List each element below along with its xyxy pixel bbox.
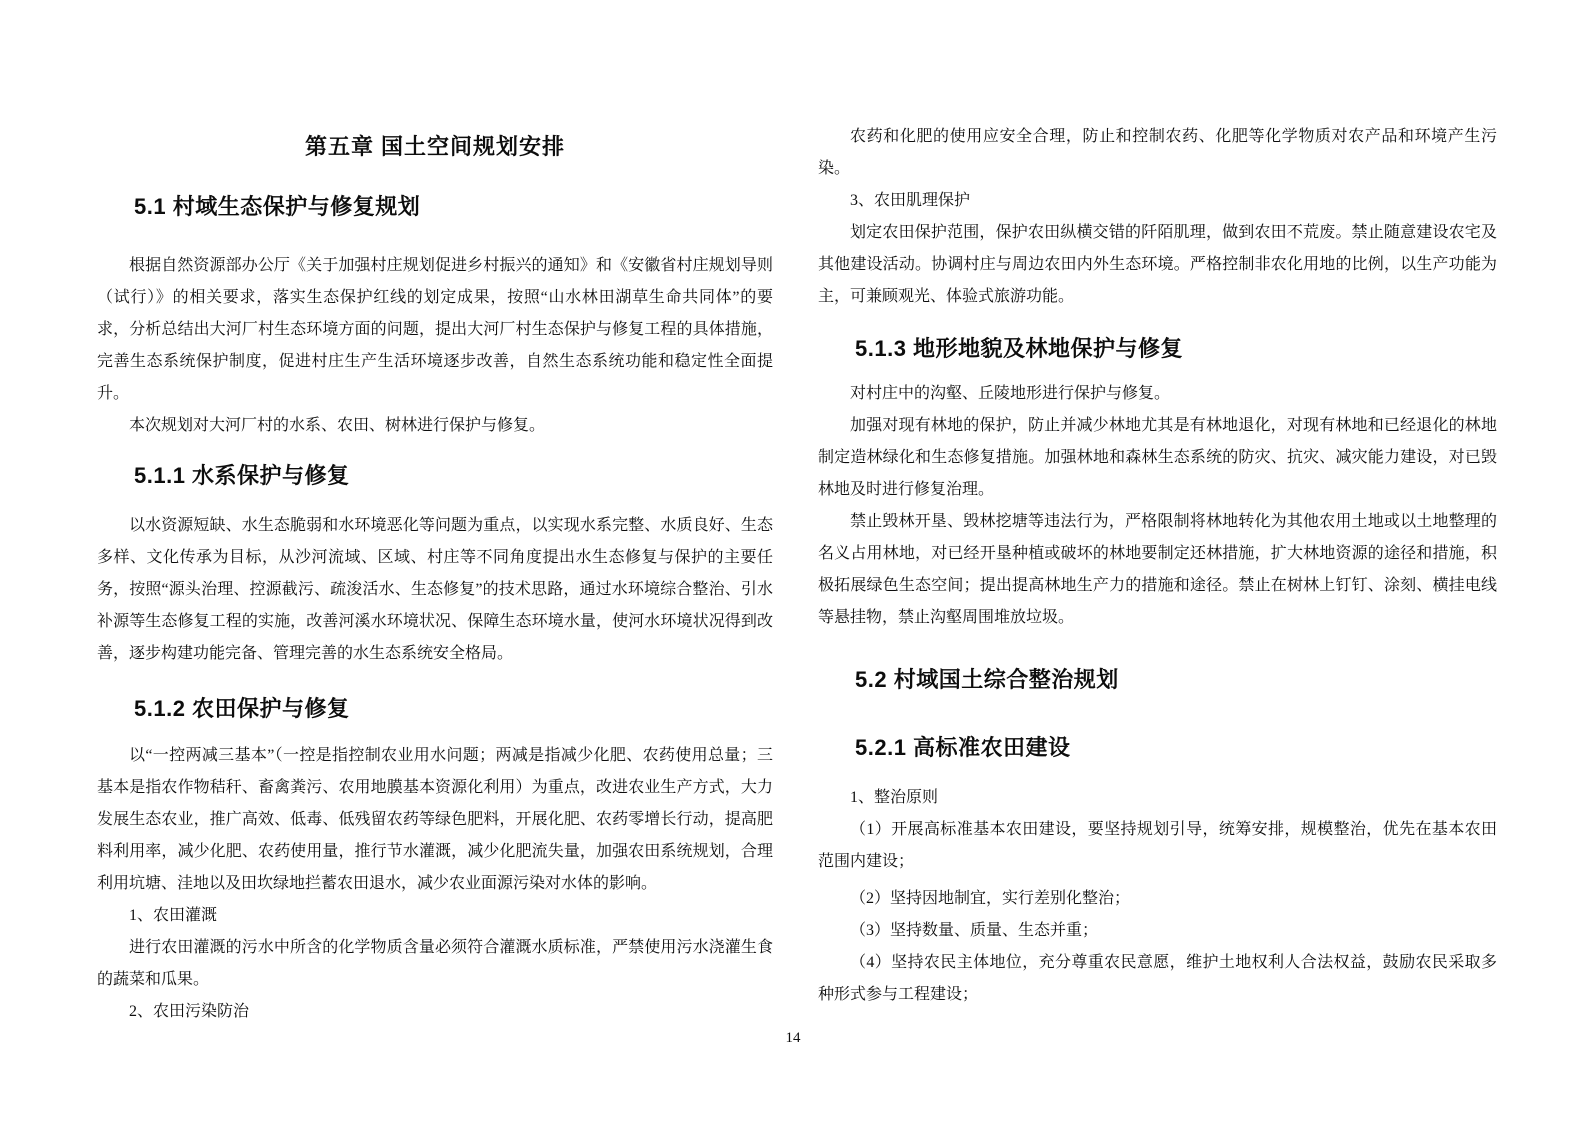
subsection-heading-5-1-3: 5.1.3 地形地貌及林地保护与修复 [818,333,1497,365]
list-item: 1、整治原则 [818,782,1497,814]
section-heading-5-1: 5.1 村域生态保护与修复规划 [97,191,773,223]
paragraph: 本次规划对大河厂村的水系、农田、树林进行保护与修复。 [97,410,773,442]
list-item: 3、农田肌理保护 [818,185,1497,217]
paragraph: 以“一控两减三基本”（一控是指控制农业用水问题；两减是指减少化肥、农药使用总量；… [97,740,773,900]
paragraph: 禁止毁林开垦、毁林挖塘等违法行为，严格限制将林地转化为其他农用土地或以土地整理的… [818,506,1497,634]
paragraph: 进行农田灌溉的污水中所含的化学物质含量必须符合灌溉水质标准，严禁使用污水浇灌生食… [97,932,773,996]
subsection-heading-5-1-1: 5.1.1 水系保护与修复 [97,460,773,492]
subsection-heading-5-1-2: 5.1.2 农田保护与修复 [97,693,773,725]
page-number: 14 [0,1028,1586,1048]
document-page: 第五章 国土空间规划安排 5.1 村域生态保护与修复规划 根据自然资源部办公厅《… [0,0,1586,1123]
list-item: （3）坚持数量、质量、生态并重； [818,915,1497,947]
list-item: （2）坚持因地制宜，实行差别化整治； [818,883,1497,915]
list-item: 2、农田污染防治 [97,996,773,1028]
paragraph: 划定农田保护范围，保护农田纵横交错的阡陌肌理，做到农田不荒废。禁止随意建设农宅及… [818,217,1497,313]
right-column: 农药和化肥的使用应安全合理，防止和控制农药、化肥等化学物质对农产品和环境产生污染… [818,115,1497,1011]
paragraph: 农药和化肥的使用应安全合理，防止和控制农药、化肥等化学物质对农产品和环境产生污染… [818,121,1497,185]
list-item: 1、农田灌溉 [97,900,773,932]
left-column: 第五章 国土空间规划安排 5.1 村域生态保护与修复规划 根据自然资源部办公厅《… [97,115,773,1028]
subsection-heading-5-2-1: 5.2.1 高标准农田建设 [818,732,1497,764]
section-heading-5-2: 5.2 村域国土综合整治规划 [818,664,1497,696]
list-item: （1）开展高标准基本农田建设，要坚持规划引导，统筹安排，规模整治，优先在基本农田… [818,814,1497,878]
paragraph: 根据自然资源部办公厅《关于加强村庄规划促进乡村振兴的通知》和《安徽省村庄规划导则… [97,250,773,410]
paragraph: 加强对现有林地的保护，防止并减少林地尤其是有林地退化，对现有林地和已经退化的林地… [818,410,1497,506]
chapter-title: 第五章 国土空间规划安排 [97,131,773,163]
paragraph: 以水资源短缺、水生态脆弱和水环境恶化等问题为重点，以实现水系完整、水质良好、生态… [97,510,773,670]
paragraph: 对村庄中的沟壑、丘陵地形进行保护与修复。 [818,378,1497,410]
list-item: （4）坚持农民主体地位，充分尊重农民意愿，维护土地权利人合法权益，鼓励农民采取多… [818,947,1497,1011]
